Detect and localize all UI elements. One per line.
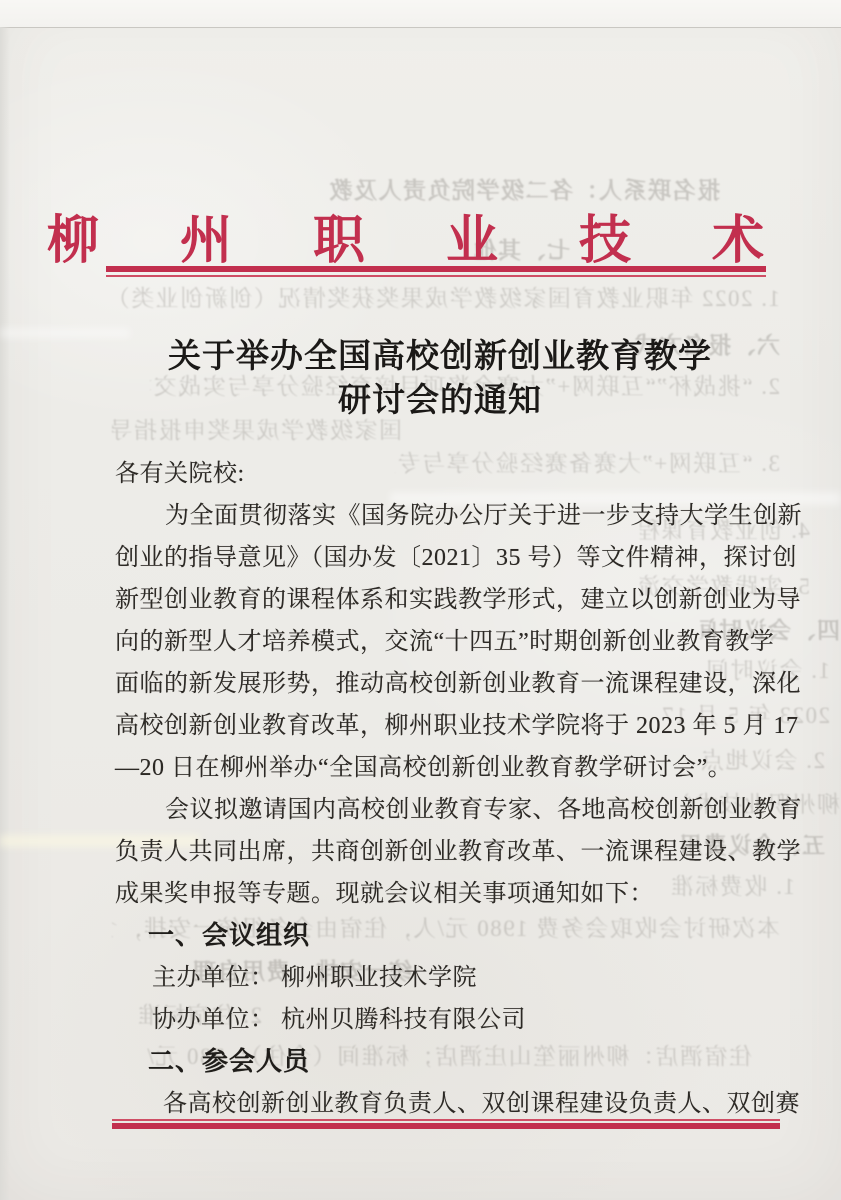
paragraph-2-line: 成果奖申报等专题。现就会议相关事项通知如下： [115,873,654,908]
paragraph-1-line: 面临的新发展形势，推动高校创新创业教育一流课程建设，深化 [115,663,801,698]
scan-edge-top [0,0,841,28]
scan-edge-left [0,27,10,1200]
footer-rule-thick [112,1123,780,1129]
co-organizer-line: 协办单位： 杭州贝腾科技有限公司 [152,999,526,1034]
bleed-through-text: 1. 2022 年职业教育国家级教学成果奖获奖情况（创新创业类） [112,280,780,313]
letterhead-rule [106,266,766,277]
salutation: 各有关院校: [115,453,245,488]
document-title-line1: 关于举办全国高校创新创业教育教学 [75,330,805,377]
scanned-notice-page: 报名联系人：各二级学院负责人及教学干事七、其他1. 2022 年职业教育国家级教… [0,0,841,1200]
letterhead-title: 柳 州 职 业 技 术 学 院 [30,198,841,273]
paragraph-2-line: 会议拟邀请国内高校创业教育专家、各地高校创新创业教育 [165,789,802,824]
organizer-line: 主办单位： 柳州职业技术学院 [152,957,477,992]
letterhead-rule-thin [106,275,766,277]
paragraph-1-line: 向的新型人才培养模式，交流“十四五”时期创新创业教育教学 [115,621,774,656]
paragraph-1-line: 新型创业教育的课程体系和实践教学形式，建立以创新创业为导 [115,579,801,614]
section-2-heading: 二、参会人员 [148,1041,310,1078]
section-1-heading: 一、会议组织 [148,915,310,952]
participants-line: 各高校创新创业教育负责人、双创课程建设负责人、双创赛 [163,1083,800,1118]
bleed-through-text: 3. “互联网+”大赛备赛经验分享与专题辅导 [395,445,780,478]
paragraph-1-line: 高校创新创业教育改革，柳州职业技术学院将于 2023 年 5 月 17 [115,705,799,740]
footer-rule [112,1119,780,1129]
paragraph-1-line: 为全面贯彻落实《国务院办公厅关于进一步支持大学生创新 [165,495,802,530]
bleed-through-text: 1. 收费标准 [665,868,795,901]
paragraph-2-line: 负责人共同出席，共商创新创业教育改革、一流课程建设、教学 [115,831,801,866]
document-title-line2: 研讨会的通知 [75,374,805,421]
paragraph-1-line: —20 日在柳州举办“全国高校创新创业教育教学研讨会”。 [115,747,732,782]
paragraph-1-line: 创业的指导意见》（国办发〔2021〕35 号）等文件精神，探讨创 [115,537,797,572]
